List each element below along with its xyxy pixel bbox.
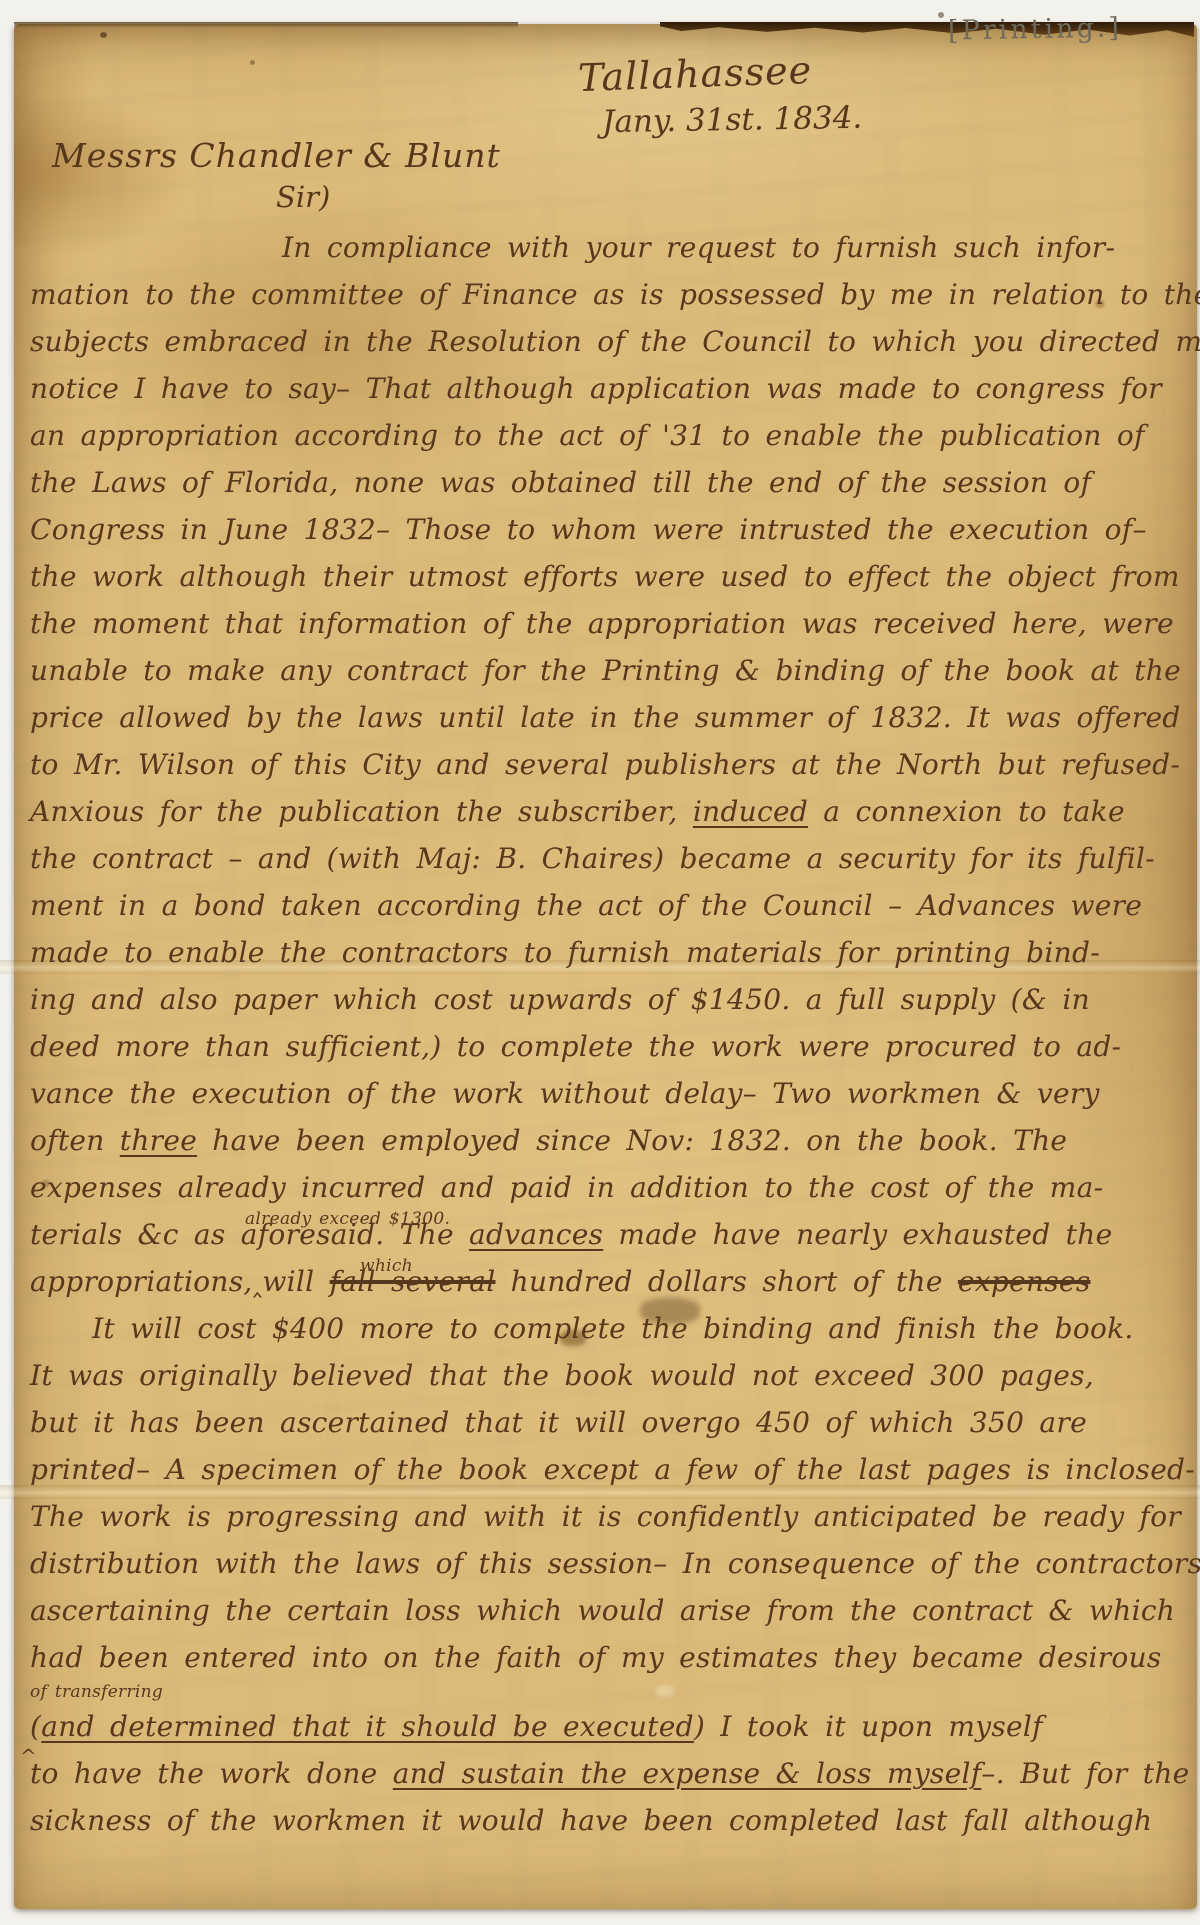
letter-text-segment: expenses xyxy=(958,1265,1091,1298)
letter-line: It was originally believed that the book… xyxy=(30,1352,1194,1399)
letter-line: the moment that information of the appro… xyxy=(30,600,1194,647)
letter-line: the Laws of Florida, none was obtained t… xyxy=(30,459,1194,506)
letter-line: the work although their utmost efforts w… xyxy=(30,553,1194,600)
scanned-letter-page: { "colors": { "paper": "#dcba79", "ink":… xyxy=(0,0,1200,1925)
letter-text-segment: which xyxy=(360,1243,413,1290)
letter-text-segment: ) I took it upon myself xyxy=(694,1710,1043,1743)
letter-text-segment: appropriations,‸will xyxy=(30,1265,330,1298)
letter-text-segment: vance the execution of the work without … xyxy=(30,1077,1100,1110)
letter-text-segment: The work is progressing and with it is c… xyxy=(30,1500,1181,1533)
letter-line: It will cost $400 more to complete the b… xyxy=(92,1305,1194,1352)
letter-line: price allowed by the laws until late in … xyxy=(30,694,1194,741)
letter-text-segment: but it has been ascertained that it will… xyxy=(30,1406,1087,1439)
dateline-place: Tallahassee xyxy=(577,48,813,100)
letter-text-segment: It will cost $400 more to complete the b… xyxy=(92,1312,1134,1345)
letter-line: to Mr. Wilson of this City and several p… xyxy=(30,741,1194,788)
letter-line: the contract – and (with Maj: B. Chaires… xyxy=(30,835,1194,882)
letter-text-segment: expenses already incurred and paid in ad… xyxy=(30,1171,1103,1204)
letter-line: subjects embraced in the Resolution of t… xyxy=(30,318,1194,365)
foxing-spot xyxy=(938,12,944,18)
letter-text-segment: hundred dollars short of the xyxy=(495,1265,957,1298)
letter-text-segment: already exceed $1300. xyxy=(245,1196,450,1243)
recipient-name: Messrs Chandler & Blunt xyxy=(52,136,501,175)
letter-text-segment: and sustain the expense & loss myself xyxy=(393,1757,982,1790)
letter-line: to have the work done and sustain the ex… xyxy=(30,1750,1194,1797)
letter-text-segment: three xyxy=(120,1124,197,1157)
letter-line: of transferring xyxy=(30,1681,1194,1703)
letter-text-segment: to have the work done xyxy=(30,1757,393,1790)
letter-line: In compliance with your request to furni… xyxy=(282,224,1194,271)
letter-text-segment: and determined that it should be execute… xyxy=(41,1710,694,1743)
letter-text-segment: have been employed since Nov: 1832. on t… xyxy=(197,1124,1067,1157)
letter-text-segment: ing and also paper which cost upwards of… xyxy=(30,983,1090,1016)
letter-text-segment: had been entered into on the faith of my… xyxy=(30,1641,1162,1674)
letter-text-segment: made have nearly exhausted the xyxy=(603,1218,1112,1251)
letter-text-segment: mation to the committee of Finance as is… xyxy=(30,278,1200,311)
letter-line: ascertaining the certain loss which woul… xyxy=(30,1587,1194,1634)
letter-line: expenses already incurred and paid in ad… xyxy=(30,1164,1194,1211)
letter-line: Congress in June 1832– Those to whom wer… xyxy=(30,506,1194,553)
top-edge-shadow xyxy=(14,22,518,28)
letter-line: unable to make any contract for the Prin… xyxy=(30,647,1194,694)
letter-line: sickness of the workmen it would have be… xyxy=(30,1797,1194,1844)
letter-text-segment: In compliance with your request to furni… xyxy=(282,231,1115,264)
letter-text-segment: Congress in June 1832– Those to whom wer… xyxy=(30,513,1147,546)
letter-text-segment: to Mr. Wilson of this City and several p… xyxy=(30,748,1180,781)
letter-text-segment: unable to make any contract for the Prin… xyxy=(30,654,1181,687)
letter-text-segment: notice I have to say– That although appl… xyxy=(30,372,1162,405)
letter-line: printed– A specimen of the book except a… xyxy=(30,1446,1194,1493)
letter-text-segment: Anxious for the publication the subscrib… xyxy=(30,795,693,828)
letter-text-segment: ment in a bond taken according the act o… xyxy=(30,889,1142,922)
letter-line: but it has been ascertained that it will… xyxy=(30,1399,1194,1446)
letter-line: mation to the committee of Finance as is… xyxy=(30,271,1194,318)
letter-text-segment: printed– A specimen of the book except a… xyxy=(30,1453,1195,1486)
letter-line: ^(and determined that it should be execu… xyxy=(30,1703,1194,1750)
letter-line: whichappropriations,‸will fall several h… xyxy=(30,1258,1194,1305)
letter-text-segment: an appropriation according to the act of… xyxy=(30,419,1145,452)
letter-text-segment: induced xyxy=(693,795,808,828)
archival-annotation: [Printing.] xyxy=(948,12,1122,46)
letter-text-segment: the Laws of Florida, none was obtained t… xyxy=(30,466,1091,499)
salutation: Sir) xyxy=(276,180,330,214)
letter-body: In compliance with your request to furni… xyxy=(30,224,1194,1925)
letter-text-segment: subjects embraced in the Resolution of t… xyxy=(30,325,1200,358)
letter-text-segment: made to enable the contractors to furnis… xyxy=(30,936,1100,969)
letter-text-segment: a connexion to take xyxy=(808,795,1125,828)
letter-line: had been entered into on the faith of my… xyxy=(30,1634,1194,1681)
letter-line: ing and also paper which cost upwards of… xyxy=(30,976,1194,1023)
letter-text-segment: –. But for the xyxy=(981,1757,1189,1790)
letter-text-segment: the moment that information of the appro… xyxy=(30,607,1174,640)
letter-line: made to enable the contractors to furnis… xyxy=(30,929,1194,976)
letter-text-segment: ascertaining the certain loss which woul… xyxy=(30,1594,1175,1627)
letter-text-segment: price allowed by the laws until late in … xyxy=(30,701,1181,734)
letter-line: already exceed $1300.terials &c as afore… xyxy=(30,1211,1194,1258)
letter-text-segment: It was originally believed that the book… xyxy=(30,1359,1094,1392)
letter-line: vance the execution of the work without … xyxy=(30,1070,1194,1117)
letter-text-segment: distribution with the laws of this sessi… xyxy=(30,1547,1200,1580)
letter-line: often three have been employed since Nov… xyxy=(30,1117,1194,1164)
letter-text-segment: deed more than sufficient,) to complete … xyxy=(30,1030,1121,1063)
letter-line: deed more than sufficient,) to complete … xyxy=(30,1023,1194,1070)
letter-text-segment: of transferring xyxy=(30,1682,163,1702)
letter-text-segment: the work although their utmost efforts w… xyxy=(30,560,1180,593)
letter-text-segment: advances xyxy=(469,1218,603,1251)
letter-text-segment: often xyxy=(30,1124,120,1157)
letter-line: distribution with the laws of this sessi… xyxy=(30,1540,1194,1587)
letter-line: The work is progressing and with it is c… xyxy=(30,1493,1194,1540)
dateline-date: Jany. 31st. 1834. xyxy=(602,100,863,141)
letter-line: Anxious for the publication the subscrib… xyxy=(30,788,1194,835)
letter-text-segment: sickness of the workmen it would have be… xyxy=(30,1804,1152,1837)
letter-line: notice I have to say– That although appl… xyxy=(30,365,1194,412)
letter-line: ment in a bond taken according the act o… xyxy=(30,882,1194,929)
letter-line: an appropriation according to the act of… xyxy=(30,412,1194,459)
letter-text-segment: the contract – and (with Maj: B. Chaires… xyxy=(30,842,1155,875)
